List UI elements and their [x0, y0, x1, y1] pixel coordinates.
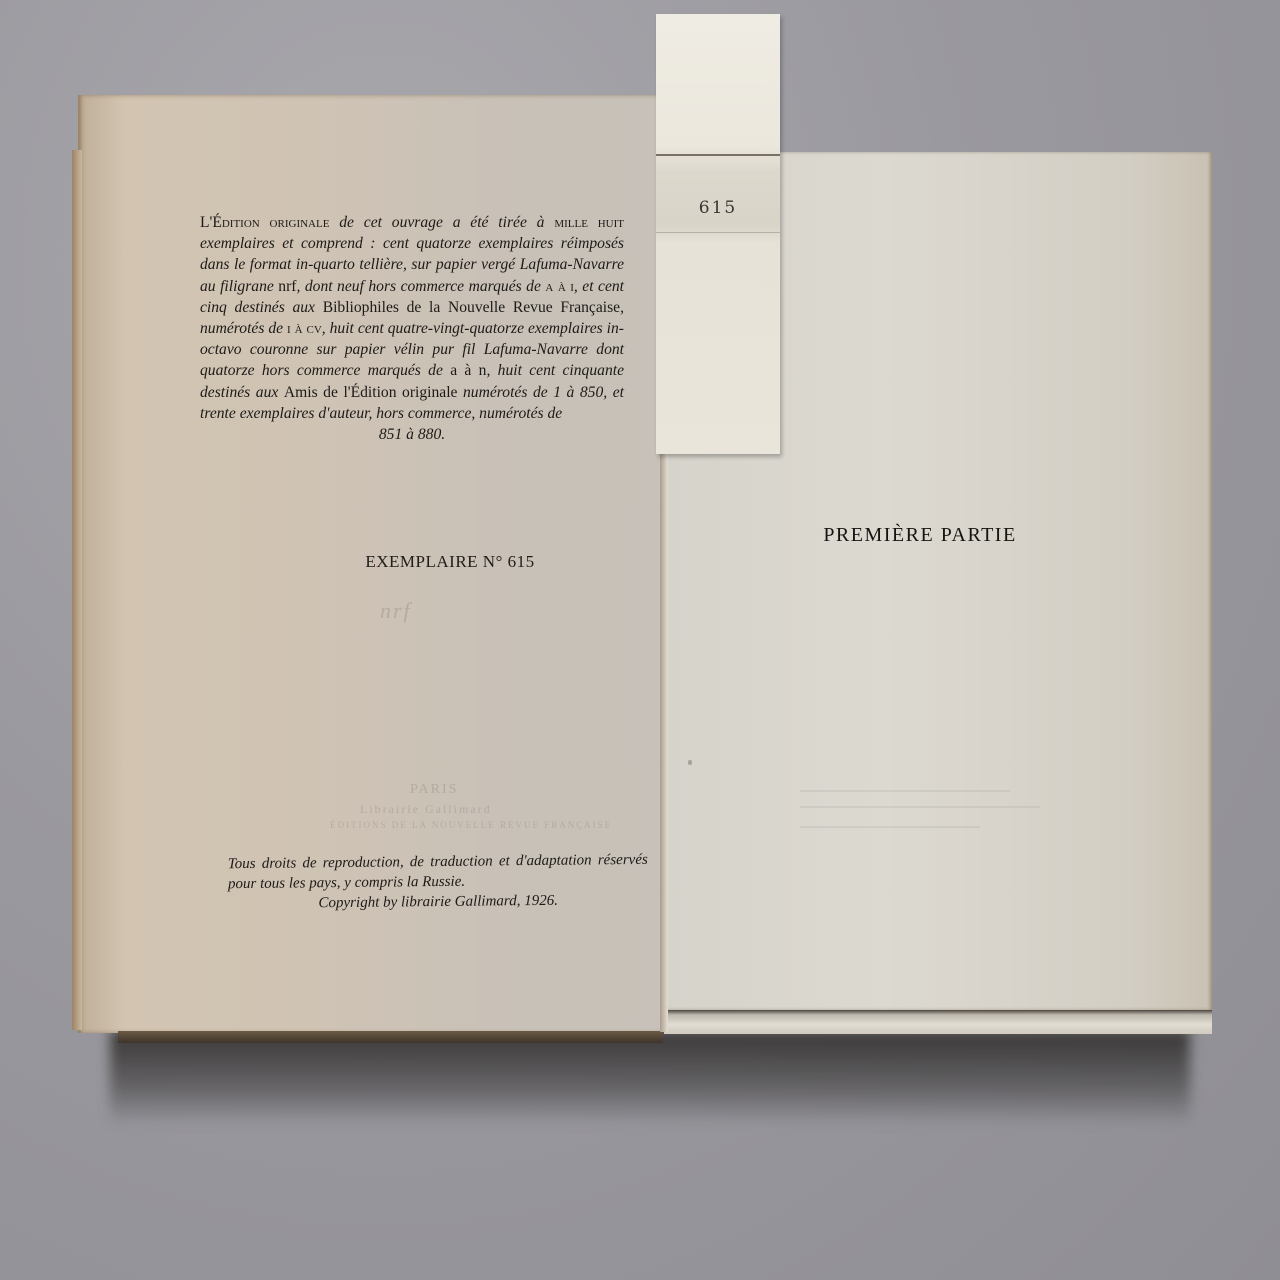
paper-speck: [688, 760, 692, 765]
nrf-watermark-label: nrf: [278, 278, 296, 295]
slip-fold-line: [656, 154, 780, 156]
slip-number: 615: [656, 198, 780, 218]
ghost-paris: PARIS: [410, 782, 458, 798]
left-page-bottom-edge: [118, 1031, 663, 1043]
rights-reservation: Tous droits de reproduction, de traducti…: [228, 850, 648, 894]
ghost-imprint: ÉDITIONS DE LA NOUVELLE REVUE FRANÇAISE: [330, 820, 612, 830]
ghost-publisher: Librairie Gallimard: [360, 802, 492, 817]
colophon-last-line: 851 à 880.: [200, 424, 624, 445]
colophon-text: L'Édition originale de cet ouvrage a été…: [200, 212, 624, 445]
colophon-edition-label: L'Édition originale: [200, 214, 329, 231]
rights-notice: Tous droits de reproduction, de traducti…: [228, 850, 649, 914]
slip-fold-line-2: [656, 232, 780, 233]
ghost-line: [800, 826, 980, 828]
paper-slip-bookmark: 615: [656, 14, 780, 454]
ghost-nrf-logo: nrf: [380, 598, 412, 624]
ghost-line: [800, 806, 1040, 808]
ghost-line: [800, 790, 1010, 792]
part-title: PREMIÈRE PARTIE: [780, 524, 1060, 547]
exemplaire-number: EXEMPLAIRE N° 615: [330, 552, 570, 572]
right-page-bottom-edge: [664, 1010, 1212, 1034]
book-shadow: [110, 1030, 1190, 1125]
